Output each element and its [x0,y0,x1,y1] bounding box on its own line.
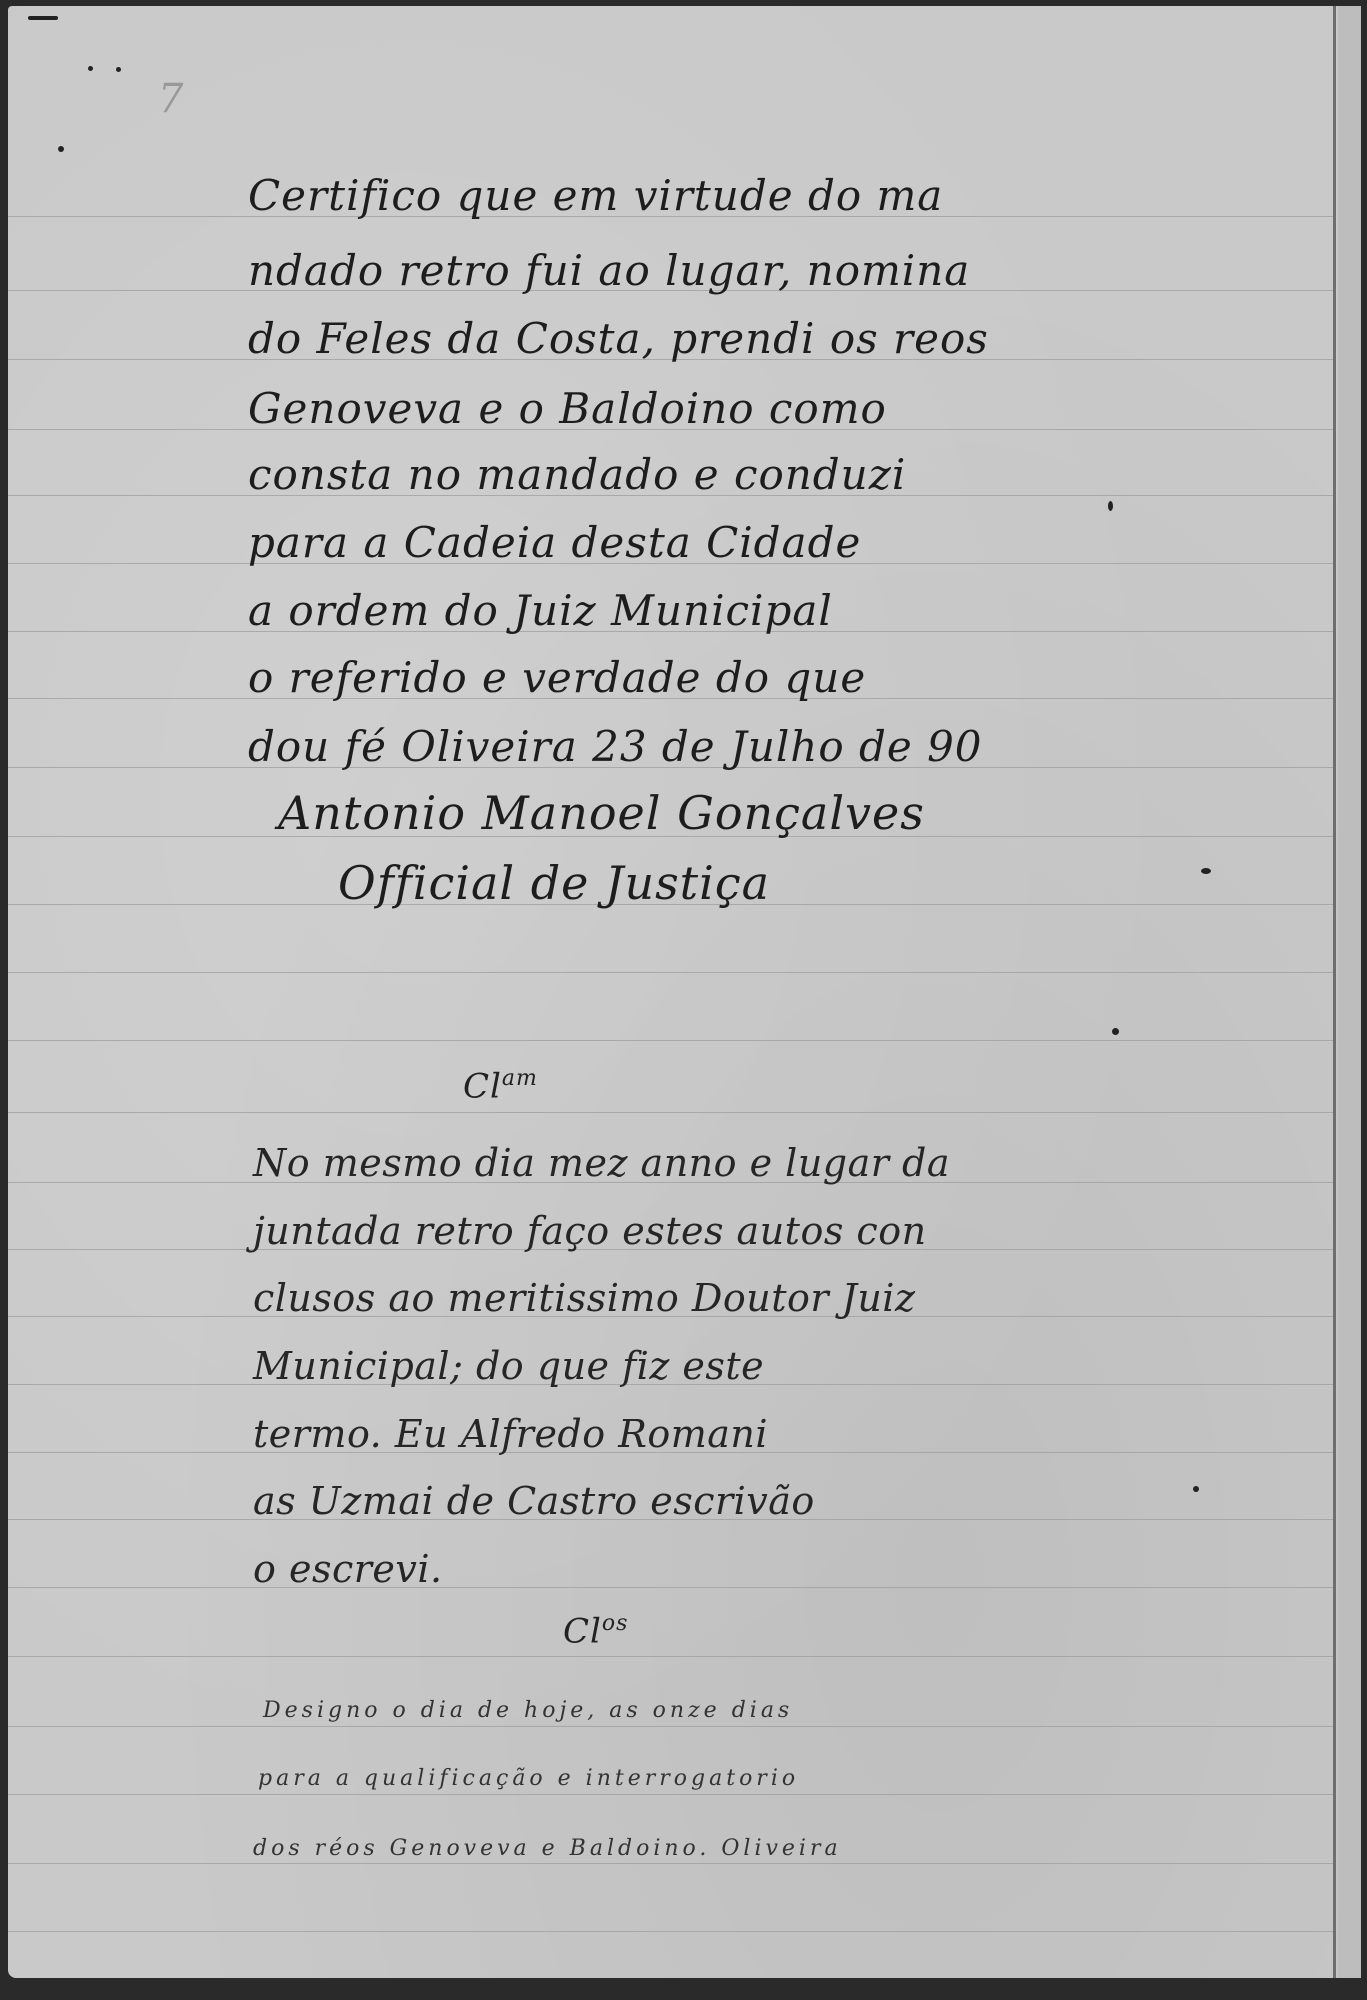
conclusion-heading: Clam [463,1066,538,1106]
ruled-line [8,972,1333,973]
ink-blot [28,16,58,20]
conclusion-heading-text: Cl [463,1066,502,1106]
conclusion-line: o escrevi. [253,1547,443,1591]
conclusion-line: Municipal; do que fiz este [253,1344,764,1388]
conclusion-line: juntada retro faço estes autos con [253,1209,927,1253]
certificate-line: a ordem do Juiz Municipal [248,586,833,635]
order-line: Designo o dia de hoje, as onze dias [263,1698,793,1723]
signature-name: Antonio Manoel Gonçalves [278,786,925,840]
order-heading-sup: os [602,1611,629,1636]
ruled-line [8,1112,1333,1113]
certificate-line: consta no mandado e conduzi [248,450,906,499]
ruled-line [8,1794,1333,1795]
margin-annotation: 7 [158,76,183,122]
ink-speck [1193,1486,1199,1492]
ruled-line [8,1863,1333,1864]
certificate-line: ndado retro fui ao lugar, nomina [248,246,970,295]
ruled-line [8,1040,1333,1041]
conclusion-line: as Uzmai de Castro escrivão [253,1479,815,1523]
order-line: para a qualificação e interrogatorio [258,1766,799,1791]
certificate-line: para a Cadeia desta Cidade [248,518,861,567]
conclusion-line: No mesmo dia mez anno e lugar da [253,1141,950,1185]
ruled-line [8,1726,1333,1727]
page-fold-edge [1333,6,1336,1978]
order-line: dos réos Genoveva e Baldoino. Oliveira [253,1836,842,1861]
ink-speck [1112,1028,1119,1035]
conclusion-heading-sup: am [502,1066,538,1091]
ink-speck [116,67,121,72]
manuscript-page: 7 Certifico que em virtude do ma ndado r… [8,6,1338,1978]
certificate-line: do Feles da Costa, prendi os reos [248,314,989,363]
ink-speck [1201,868,1211,874]
ink-speck [1108,501,1113,511]
signature-title: Official de Justiça [338,856,770,910]
ruled-line [8,1931,1333,1932]
ink-speck [88,66,93,71]
ruled-line [8,1656,1333,1657]
certificate-line: o referido e verdade do que [248,653,866,702]
conclusion-line: termo. Eu Alfredo Romani [253,1412,768,1456]
ruled-line [8,1587,1333,1588]
certificate-line: Genoveva e o Baldoino como [248,384,887,433]
order-heading: Clos [563,1611,628,1651]
order-heading-text: Cl [563,1611,602,1651]
certificate-line: dou fé Oliveira 23 de Julho de 90 [248,722,983,771]
certificate-line: Certifico que em virtude do ma [248,171,943,220]
adjacent-page-edge [1338,6,1367,1978]
scan-border [1361,6,1367,1978]
conclusion-line: clusos ao meritissimo Doutor Juiz [253,1276,915,1320]
ink-speck [58,146,64,152]
